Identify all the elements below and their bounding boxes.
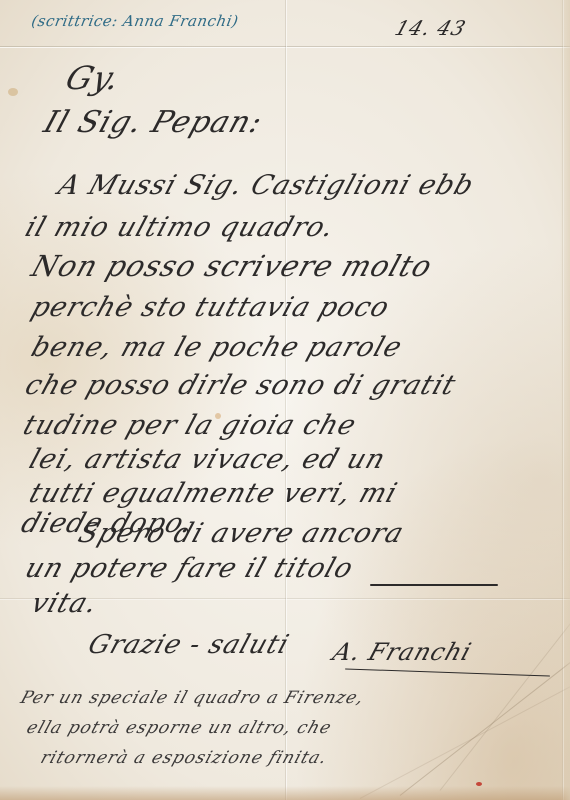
body-line: tudine per la gioia che (20, 412, 360, 439)
paper-bottom-edge (0, 786, 570, 800)
signature-underline (345, 668, 550, 676)
body-line: un potere fare il titolo (22, 555, 357, 582)
body-line: lei, artista vivace, ed un (26, 446, 389, 473)
closing: Grazie - saluti (85, 632, 293, 658)
red-stain (476, 782, 482, 786)
body-line: Spero di avere ancora (75, 520, 407, 547)
title-underline (370, 584, 498, 586)
body-line: A Mussi Sig. Castiglioni ebb (55, 172, 477, 199)
body-line: il mio ultimo quadro. (22, 214, 338, 241)
salutation-line-1: Gy. (62, 62, 125, 94)
paper-stain (8, 88, 18, 96)
body-line: perchè sto tuttavia poco (28, 294, 393, 321)
archival-annotation: (scrittrice: Anna Franchi) (30, 12, 240, 30)
body-line: vita. (28, 590, 101, 617)
postscript-line: Per un speciale il quadro a Firenze, (18, 688, 367, 708)
body-line: bene, ma le poche parole (28, 334, 406, 361)
paper-right-edge (560, 0, 570, 800)
letter-sheet: (scrittrice: Anna Franchi) 14. 43 Gy. Il… (0, 0, 570, 800)
postscript-line: ella potrà esporne un altro, che (24, 718, 334, 738)
crease-bottom-right-3 (360, 685, 570, 799)
body-line: tutti egualmente veri, mi (26, 480, 401, 507)
body-line: che posso dirle sono di gratit (22, 372, 459, 399)
body-line: Non posso scrivere molto (28, 252, 436, 281)
postscript-line: ritornerà a esposizione finita. (38, 748, 330, 768)
signature: A. Franchi (330, 640, 475, 664)
salutation-line-2: Il Sig. Pepan: (40, 108, 266, 138)
letter-date: 14. 43 (392, 16, 469, 40)
